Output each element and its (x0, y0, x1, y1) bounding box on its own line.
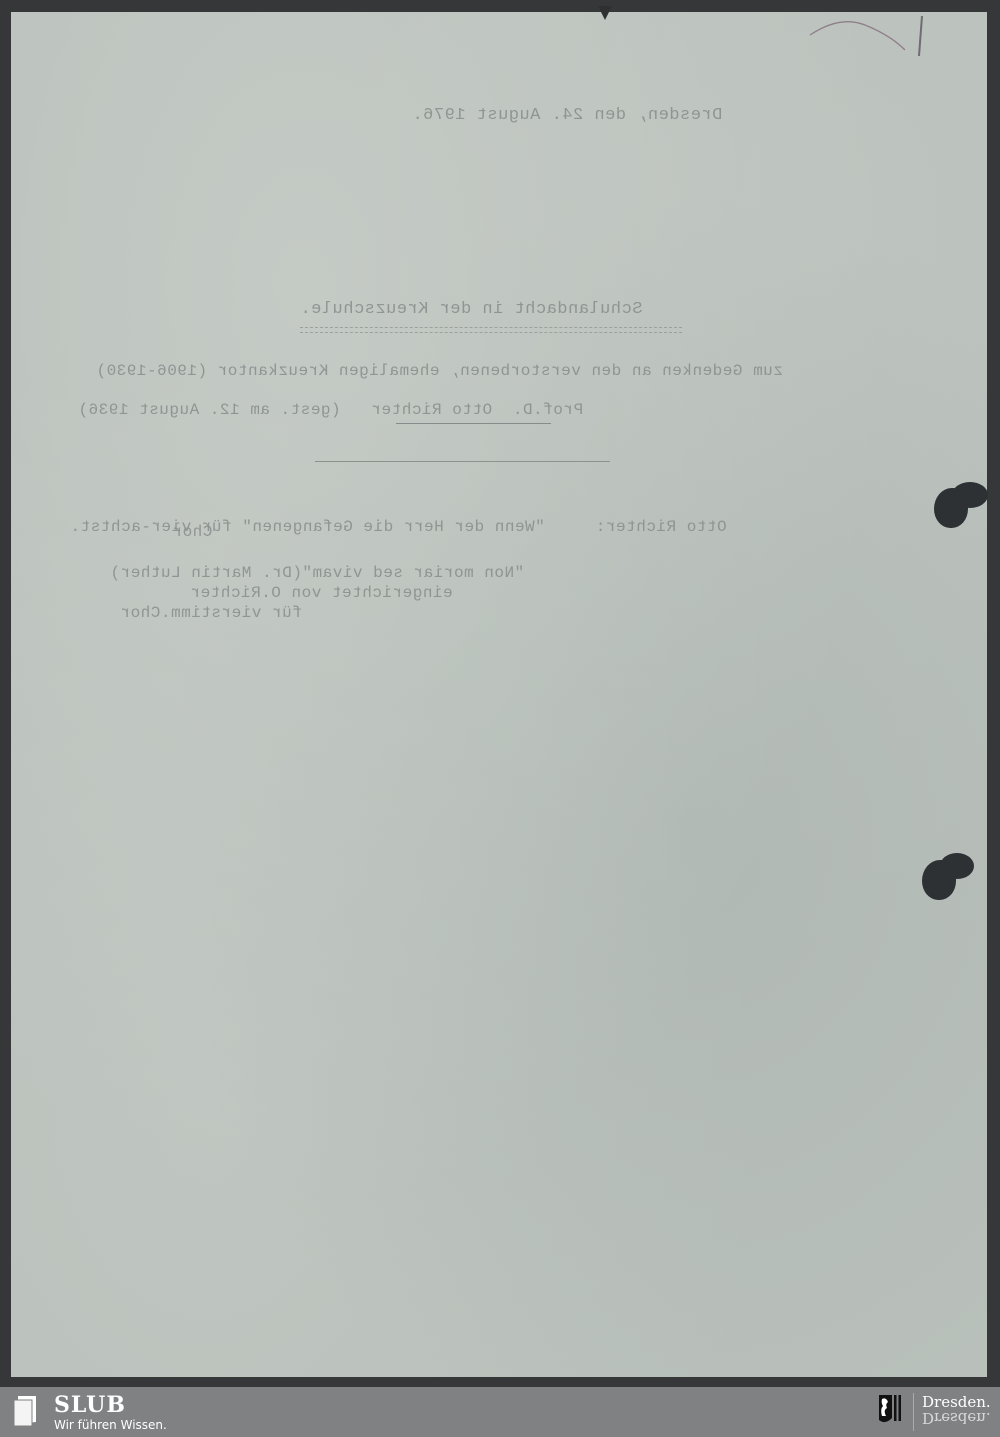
document-page (11, 12, 987, 1377)
program-item-2-scoring: für vierstimm.Chor (120, 604, 302, 622)
name-underline (396, 423, 551, 424)
dedication-line-2: Prof.D. Otto Richter (gest. am 12. Augus… (78, 401, 583, 419)
program-item-2: "Non moriar sed vivam"(Dr. Martin Luther… (110, 564, 524, 582)
program-piece: "Wenn der Herr die Gefangenen" für vier-… (70, 518, 545, 536)
slub-tagline: Wir führen Wissen. (54, 1418, 167, 1432)
title-double-underline (300, 327, 682, 333)
paper-notch (598, 6, 612, 20)
dresden-crest-icon[interactable] (878, 1394, 904, 1426)
slub-brand[interactable]: SLUB (54, 1392, 126, 1418)
footer-separator (913, 1393, 914, 1431)
program-item-2-arranger: eingerichtet von O.Richter (190, 584, 453, 602)
dresden-brand-reflection: Dresden. (922, 1409, 991, 1427)
program-composer: Otto Richter: (595, 518, 726, 536)
punch-hole-top-lobe (952, 482, 988, 508)
program-item-1-cont: Chor (172, 523, 212, 541)
punch-hole-bottom-lobe (940, 853, 974, 879)
pencil-mark-icon (800, 10, 930, 60)
dedication-line-1: zum Gedenken an den verstorbenen, ehemal… (96, 362, 783, 380)
slub-logo-icon[interactable] (12, 1394, 42, 1426)
section-divider (315, 461, 610, 462)
footer-bar: SLUB Wir führen Wissen. Dresden. Dresden… (0, 1387, 1000, 1437)
date-line: Dresden, den 24. August 1976. (412, 106, 722, 125)
document-title: Schulandacht in der Kreuzschule. (300, 300, 642, 319)
